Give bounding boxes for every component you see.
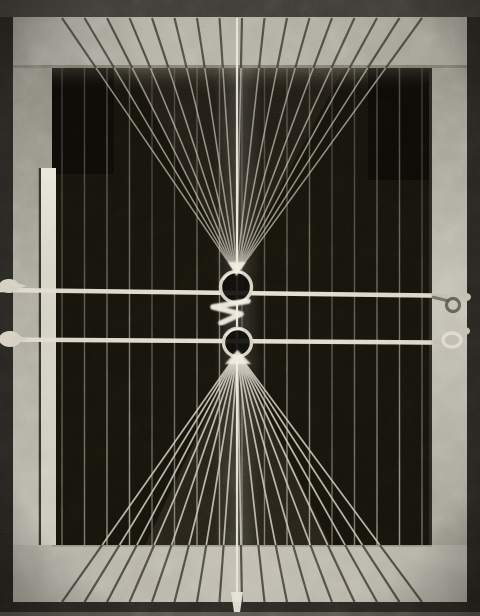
vignette: [0, 0, 480, 616]
photo-grain-vignette: [0, 0, 480, 616]
photo-page: [0, 0, 480, 616]
string-model-photograph: [0, 0, 480, 616]
